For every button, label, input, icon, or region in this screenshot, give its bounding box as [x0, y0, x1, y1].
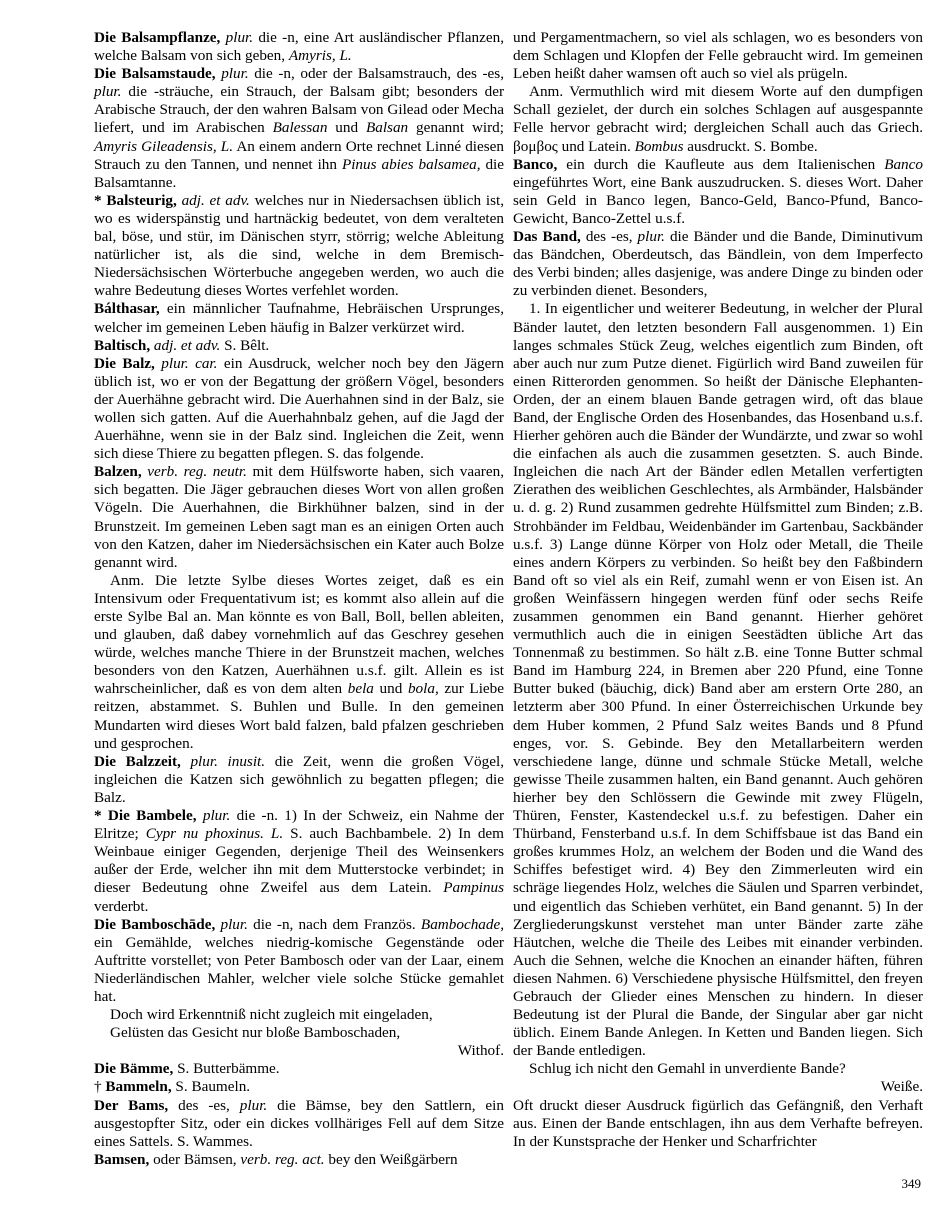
body-text: eingeführtes Wort, eine Bank auszudrucke… — [513, 174, 923, 227]
page-number: 349 — [902, 1176, 922, 1192]
dictionary-entry: Die Balzzeit, plur. inusit. die Zeit, we… — [94, 753, 504, 807]
verse-line: Gelüsten das Gesicht nur bloße Bamboscha… — [94, 1024, 504, 1042]
italic-text: Pampinus — [443, 879, 504, 896]
dictionary-entry: Baltisch, adj. et adv. S. Bêlt. — [94, 337, 504, 355]
verse-line: Doch wird Erkenntniß nicht zugleich mit … — [94, 1006, 504, 1024]
left-column: Die Balsampflanze, plur. die -n, eine Ar… — [94, 29, 504, 1169]
headword-text: Balzen, — [94, 463, 142, 480]
headword-text: Bamsen, — [94, 1151, 149, 1168]
verse-line: Schlug ich nicht den Gemahl in unverdien… — [513, 1060, 923, 1078]
body-text: die -n, nach dem Französ. — [248, 916, 421, 933]
headword-text: Die Balz, — [94, 355, 155, 372]
verse-attribution: Withof. — [94, 1042, 504, 1060]
text-columns: Die Balsampflanze, plur. die -n, eine Ar… — [94, 29, 923, 1169]
body-text: Weiße. — [881, 1078, 923, 1095]
headword-text: Bálthasar, — [94, 300, 160, 317]
headword-text: Die Balzzeit, — [94, 753, 181, 770]
italic-text: plur. — [638, 228, 665, 245]
body-text: verderbt. — [94, 898, 148, 915]
body-text: und Pergamentmachern, so viel als schlag… — [513, 29, 923, 82]
headword-text: Das Band, — [513, 228, 581, 245]
italic-text: Bambochade, — [421, 916, 504, 933]
dictionary-entry: Bamsen, oder Bämsen, verb. reg. act. bey… — [94, 1151, 504, 1169]
dictionary-entry: Die Balz, plur. car. ein Ausdruck, welch… — [94, 355, 504, 464]
body-text: Withof. — [458, 1042, 504, 1059]
dictionary-entry: Der Bams, des -es, plur. die Bämse, bey … — [94, 1097, 504, 1151]
body-text: Gelüsten das Gesicht nur bloße Bamboscha… — [110, 1024, 400, 1041]
dictionary-entry: Die Balsamstaude, plur. die -n, oder der… — [94, 65, 504, 192]
annotation-paragraph: 1. In eigentlicher und weiterer Bedeutun… — [513, 300, 923, 1060]
headword-text: Baltisch, — [94, 337, 150, 354]
dictionary-entry: † Bammeln, S. Baumeln. — [94, 1078, 504, 1096]
body-text: bey den Weißgärbern — [325, 1151, 458, 1168]
body-text: des -es, — [168, 1097, 240, 1114]
dictionary-entry: Das Band, des -es, plur. die Bänder und … — [513, 228, 923, 300]
italic-text: Amyris, L. — [289, 47, 352, 64]
body-text — [181, 753, 191, 770]
body-text: Anm. Die letzte Sylbe dieses Wortes zeig… — [94, 572, 504, 698]
body-text: genannt wird; — [408, 119, 504, 136]
body-text: ausdruckt. S. Bombe. — [684, 138, 818, 155]
italic-text: Pinus abies balsamea, — [342, 156, 481, 173]
dictionary-entry: Die Balsampflanze, plur. die -n, eine Ar… — [94, 29, 504, 65]
italic-text: Amyris Gileadensis, L. — [94, 138, 233, 155]
headword-text: Die Balsamstaude, — [94, 65, 216, 82]
headword-text: Die Balsampflanze, — [94, 29, 220, 46]
body-text: S. Baumeln. — [172, 1078, 250, 1095]
italic-text: verb. reg. act. — [240, 1151, 324, 1168]
annotation-paragraph: Anm. Die letzte Sylbe dieses Wortes zeig… — [94, 572, 504, 753]
body-text: oder Bämsen, — [149, 1151, 240, 1168]
italic-text: Cypr nu phoxinus. L. — [146, 825, 283, 842]
italic-text: plur. — [240, 1097, 267, 1114]
body-text: S. Butterbämme. — [173, 1060, 279, 1077]
italic-text: Bombus — [635, 138, 684, 155]
italic-text: Balsan — [366, 119, 408, 136]
dictionary-entry: Banco, ein durch die Kaufleute aus dem I… — [513, 156, 923, 228]
italic-text: Balessan — [273, 119, 328, 136]
dictionary-entry: Die Bamboschāde, plur. die -n, nach dem … — [94, 916, 504, 1006]
dictionary-entry: Balzen, verb. reg. neutr. mit dem Hülfsw… — [94, 463, 504, 572]
italic-text: plur. — [94, 83, 121, 100]
verse-attribution: Weiße. — [513, 1078, 923, 1096]
headword-text: Bammeln, — [105, 1078, 171, 1095]
continuation-paragraph: und Pergamentmachern, so viel als schlag… — [513, 29, 923, 83]
body-text: die -n, oder der Balsamstrauch, des -es, — [249, 65, 504, 82]
italic-text: plur. — [220, 916, 247, 933]
continuation-paragraph: Oft druckt dieser Ausdruck figürlich das… — [513, 1097, 923, 1151]
italic-text: verb. reg. neutr. — [147, 463, 247, 480]
body-text: ein durch die Kaufleute aus dem Italieni… — [557, 156, 884, 173]
dictionary-entry: * Die Bambele, plur. die -n. 1) In der S… — [94, 807, 504, 916]
body-text: † — [94, 1078, 105, 1095]
dictionary-entry: Die Bämme, S. Butterbämme. — [94, 1060, 504, 1078]
headword-text: Die Bämme, — [94, 1060, 173, 1077]
headword-text: * Die Bambele, — [94, 807, 197, 824]
italic-text: plur. — [203, 807, 230, 824]
italic-text: plur. inusit. — [190, 753, 265, 770]
dictionary-entry: * Balsteurig, adj. et adv. welches nur i… — [94, 192, 504, 301]
right-column: und Pergamentmachern, so viel als schlag… — [513, 29, 923, 1169]
italic-text: plur. — [226, 29, 253, 46]
headword-text: Banco, — [513, 156, 557, 173]
body-text: des -es, — [581, 228, 638, 245]
annotation-paragraph: Anm. Vermuthlich wird mit diesem Worte a… — [513, 83, 923, 155]
body-text: S. Bêlt. — [220, 337, 269, 354]
body-text: Schlug ich nicht den Gemahl in unverdien… — [529, 1060, 846, 1077]
body-text: und — [374, 680, 408, 697]
italic-text: adj. et adv. — [182, 192, 250, 209]
italic-text: plur. car. — [161, 355, 217, 372]
headword-text: Der Bams, — [94, 1097, 168, 1114]
body-text: ein Gemählde, welches niedrig-komische G… — [94, 934, 504, 1005]
headword-text: * Balsteurig, — [94, 192, 177, 209]
body-text: Doch wird Erkenntniß nicht zugleich mit … — [110, 1006, 433, 1023]
italic-text: bela — [348, 680, 374, 697]
dictionary-page: Die Balsampflanze, plur. die -n, eine Ar… — [0, 0, 935, 1210]
body-text: und — [327, 119, 366, 136]
body-text: Oft druckt dieser Ausdruck figürlich das… — [513, 1097, 923, 1150]
dictionary-entry: Bálthasar, ein männlicher Taufnahme, Heb… — [94, 300, 504, 336]
italic-text: plur. — [221, 65, 248, 82]
italic-text: adj. et adv. — [154, 337, 220, 354]
italic-text: bola, — [408, 680, 439, 697]
body-text: 1. In eigentlicher und weiterer Bedeutun… — [513, 300, 923, 1059]
headword-text: Die Bamboschāde, — [94, 916, 215, 933]
italic-text: Banco — [884, 156, 923, 173]
